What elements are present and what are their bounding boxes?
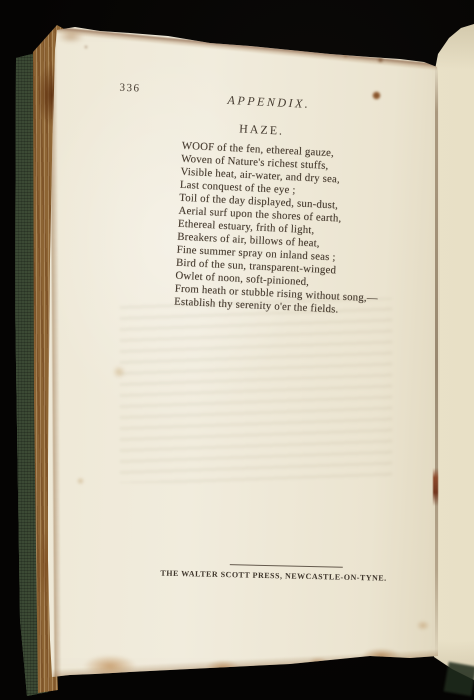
foxing-spot (112, 366, 126, 378)
imprint-rule (230, 564, 343, 568)
foxing-spot (416, 620, 430, 631)
gutter-stain (433, 468, 438, 506)
gutter-crease (435, 64, 438, 660)
foxing-spot (308, 657, 328, 668)
printer-imprint-block: THE WALTER SCOTT PRESS, NEWCASTLE-ON-TYN… (45, 554, 438, 603)
book-photo-canvas: 336 APPENDIX. HAZE. WOOF of the fen, eth… (0, 0, 474, 700)
poem-title: HAZE. (83, 114, 439, 146)
page-edge-stain-top (54, 27, 439, 71)
poem-body: WOOF of the fen, ethereal gauze, Woven o… (174, 140, 442, 321)
running-head: APPENDIX. (101, 87, 437, 118)
foxing-spot (84, 45, 88, 49)
foxing-spot (206, 660, 240, 675)
foxing-spot (58, 30, 84, 43)
foxing-spot (377, 57, 384, 63)
printed-text-block: 336 APPENDIX. HAZE. WOOF of the fen, eth… (34, 76, 437, 335)
foxing-spot (362, 648, 400, 663)
cover-corner-shadow (444, 662, 474, 696)
printer-imprint: THE WALTER SCOTT PRESS, NEWCASTLE-ON-TYN… (80, 567, 468, 585)
foxing-spot (84, 655, 136, 677)
book-page: 336 APPENDIX. HAZE. WOOF of the fen, eth… (0, 0, 474, 700)
foxing-spot (343, 53, 348, 58)
foxing-spot (76, 477, 85, 485)
